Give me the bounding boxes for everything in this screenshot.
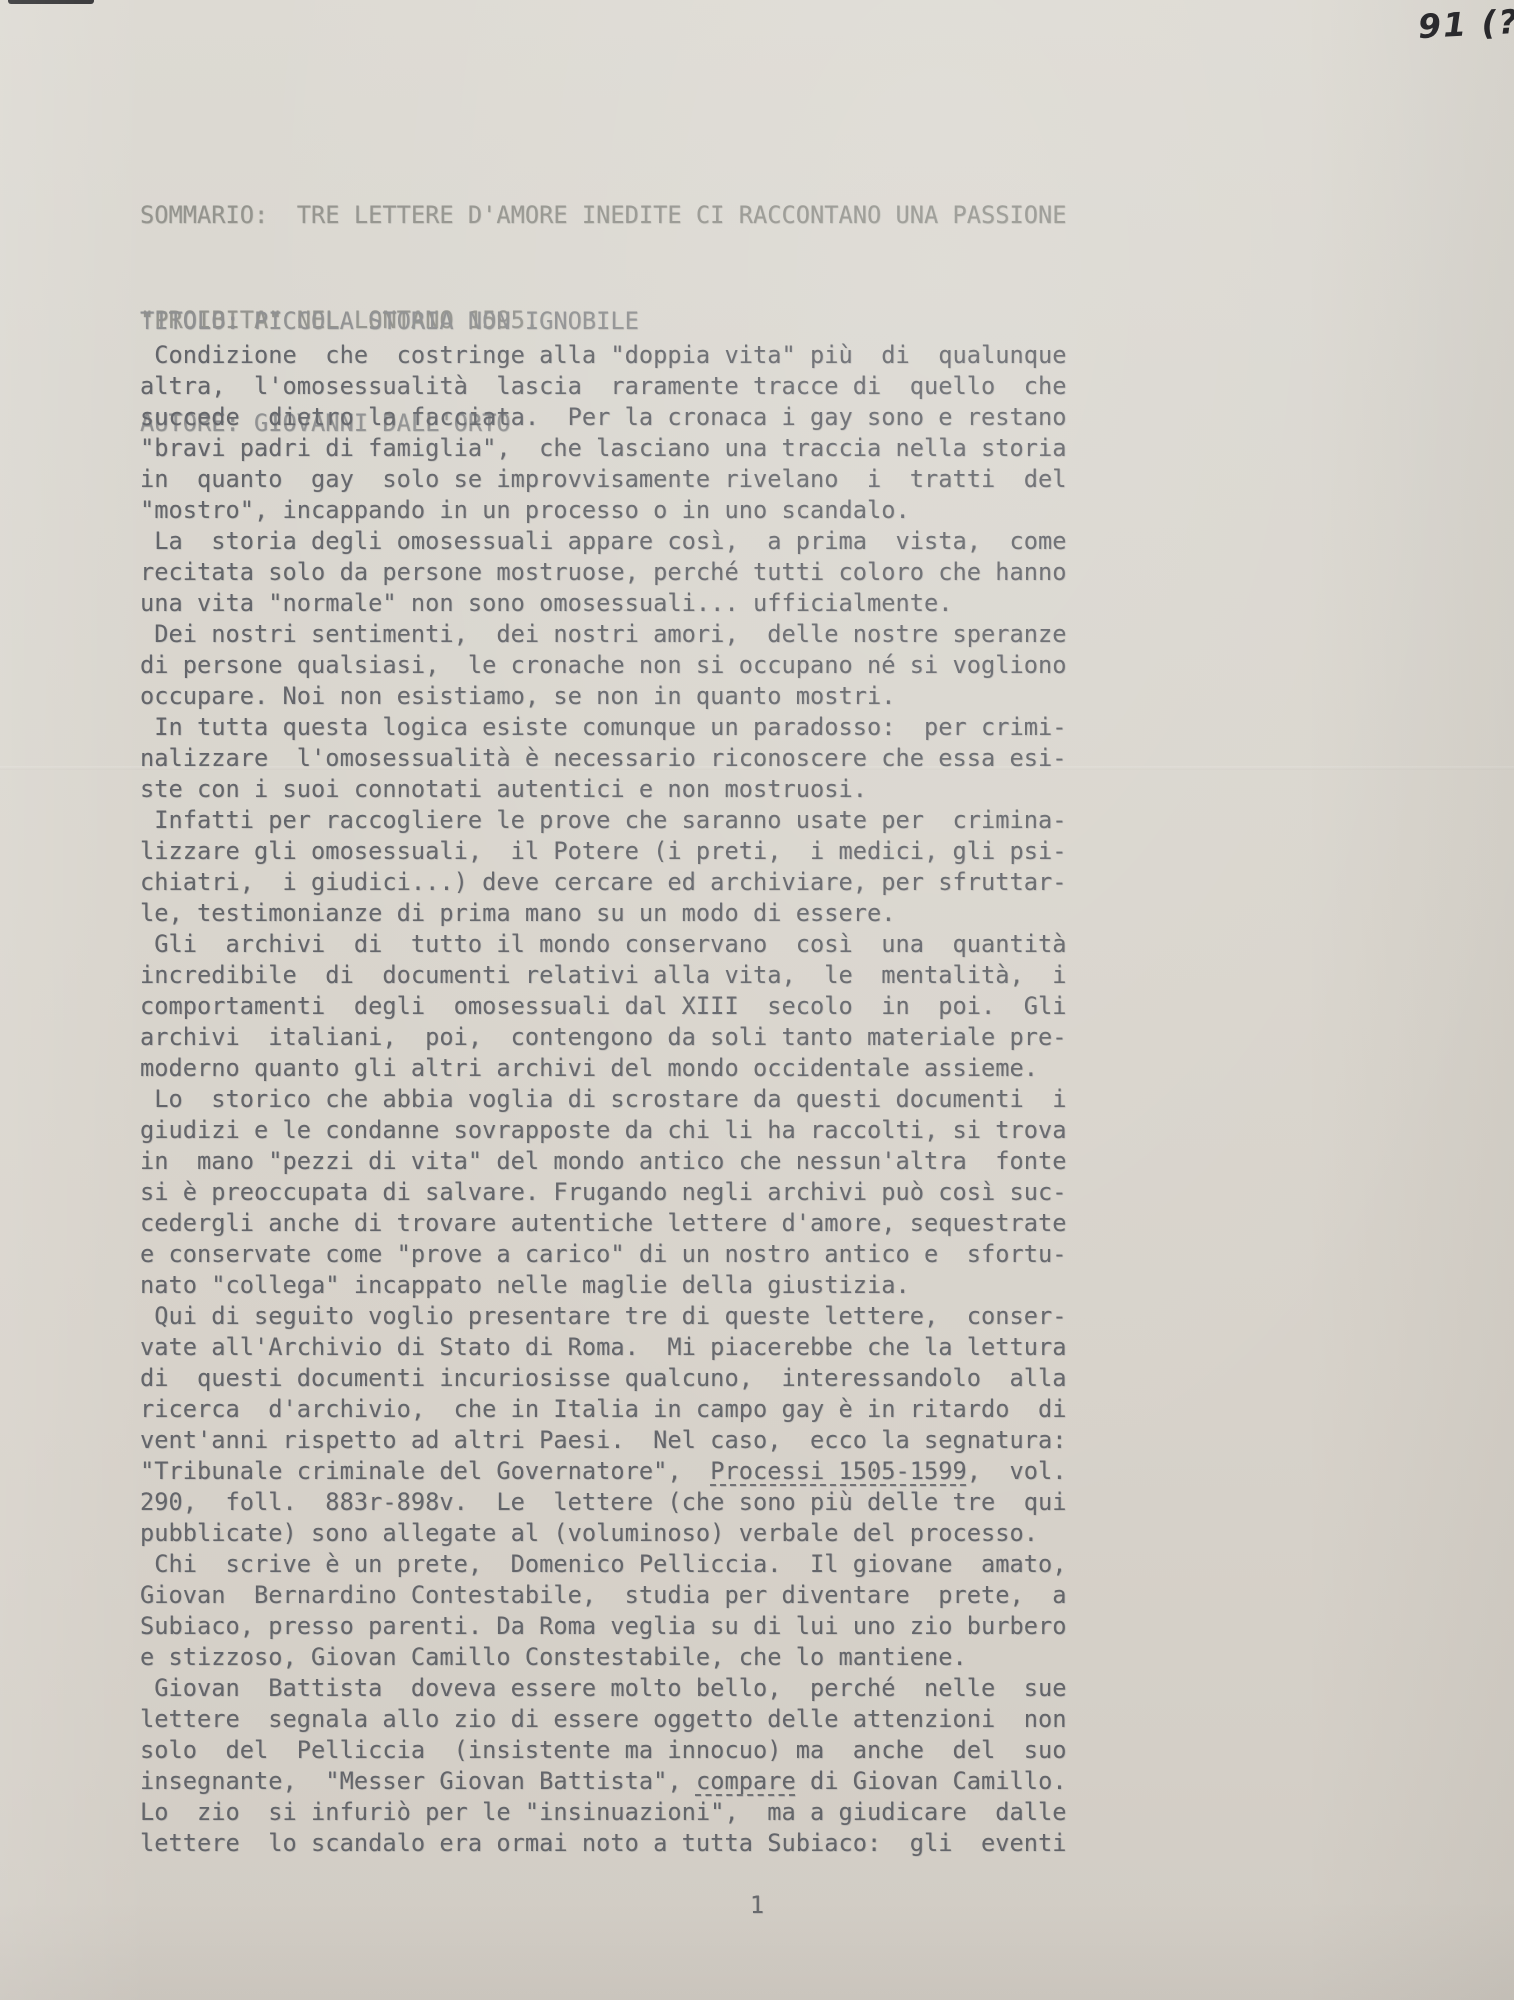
body-line: Chi scrive è un prete, Domenico Pellicci…	[140, 1549, 1067, 1580]
body-line: recitata solo da persone mostruose, perc…	[140, 557, 1067, 588]
body-text-segment: insegnante, "Messer Giovan Battista",	[140, 1767, 696, 1795]
body-line: archivi italiani, poi, contengono da sol…	[140, 1022, 1067, 1053]
body-line: Lo zio si infuriò per le "insinuazioni",…	[140, 1797, 1067, 1828]
body-line: occupare. Noi non esistiamo, se non in q…	[140, 681, 1067, 712]
body-line: di questi documenti incuriosisse qualcun…	[140, 1363, 1067, 1394]
body-line: Giovan Bernardino Contestabile, studia p…	[140, 1580, 1067, 1611]
body-line: si è preoccupata di salvare. Frugando ne…	[140, 1177, 1067, 1208]
body-line: Infatti per raccogliere le prove che sar…	[140, 805, 1067, 836]
article-body: Condizione che costringe alla "doppia vi…	[140, 340, 1067, 1859]
body-line: Qui di seguito voglio presentare tre di …	[140, 1301, 1067, 1332]
body-line: nalizzare l'omosessualità è necessario r…	[140, 743, 1067, 774]
body-line: di persone qualsiasi, le cronache non si…	[140, 650, 1067, 681]
underlined-citation: compare	[696, 1767, 796, 1795]
body-line: Dei nostri sentimenti, dei nostri amori,…	[140, 619, 1067, 650]
body-line: ricerca d'archivio, che in Italia in cam…	[140, 1394, 1067, 1425]
body-text-segment: "Tribunale criminale del Governatore",	[140, 1457, 710, 1485]
body-line: e stizzoso, Giovan Camillo Constestabile…	[140, 1642, 1067, 1673]
body-line: In tutta questa logica esiste comunque u…	[140, 712, 1067, 743]
summary-line: SOMMARIO: TRE LETTERE D'AMORE INEDITE CI…	[140, 198, 1067, 233]
body-line: Subiaco, presso parenti. Da Roma veglia …	[140, 1611, 1067, 1642]
body-line: solo del Pelliccia (insistente ma innocu…	[140, 1735, 1067, 1766]
title-line: TITOLO: PICCOLA STORIA NON IGNOBILE	[140, 304, 639, 338]
body-line: Lo storico che abbia voglia di scrostare…	[140, 1084, 1067, 1115]
body-line: ste con i suoi connotati autentici e non…	[140, 774, 1067, 805]
body-line: chiatri, i giudici...) deve cercare ed a…	[140, 867, 1067, 898]
body-line: moderno quanto gli altri archivi del mon…	[140, 1053, 1067, 1084]
body-line: le, testimonianze di prima mano su un mo…	[140, 898, 1067, 929]
body-line: "mostro", incappando in un processo o in…	[140, 495, 1067, 526]
body-line: "Tribunale criminale del Governatore", P…	[140, 1456, 1067, 1487]
body-line: vate all'Archivio di Stato di Roma. Mi p…	[140, 1332, 1067, 1363]
body-line: in quanto gay solo se improvvisamente ri…	[140, 464, 1067, 495]
body-line: Gli archivi di tutto il mondo conservano…	[140, 929, 1067, 960]
body-line: insegnante, "Messer Giovan Battista", co…	[140, 1766, 1067, 1797]
page-number: 1	[0, 1890, 1514, 1921]
scanned-document-page: 91 (?) SOMMARIO: TRE LETTERE D'AMORE INE…	[0, 0, 1514, 2000]
body-line: Condizione che costringe alla "doppia vi…	[140, 340, 1067, 371]
body-line: lizzare gli omosessuali, il Potere (i pr…	[140, 836, 1067, 867]
body-line: "bravi padri di famiglia", che lasciano …	[140, 433, 1067, 464]
body-line: cedergli anche di trovare autentiche let…	[140, 1208, 1067, 1239]
body-line: incredibile di documenti relativi alla v…	[140, 960, 1067, 991]
body-text-segment: , vol.	[967, 1457, 1067, 1485]
body-line: pubblicate) sono allegate al (voluminoso…	[140, 1518, 1067, 1549]
body-line: giudizi e le condanne sovrapposte da chi…	[140, 1115, 1067, 1146]
body-line: succede dietro la facciata. Per la crona…	[140, 402, 1067, 433]
body-line: lettere segnala allo zio di essere ogget…	[140, 1704, 1067, 1735]
body-line: 290, foll. 883r-898v. Le lettere (che so…	[140, 1487, 1067, 1518]
body-line: La storia degli omosessuali appare così,…	[140, 526, 1067, 557]
body-line: Giovan Battista doveva essere molto bell…	[140, 1673, 1067, 1704]
body-line: nato "collega" incappato nelle maglie de…	[140, 1270, 1067, 1301]
body-line: comportamenti degli omosessuali dal XIII…	[140, 991, 1067, 1022]
scan-edge-artifact	[8, 0, 94, 4]
body-line: e conservate come "prove a carico" di un…	[140, 1239, 1067, 1270]
underlined-citation: Processi 1505-1599	[710, 1457, 967, 1485]
body-line: lettere lo scandalo era ormai noto a tut…	[140, 1828, 1067, 1859]
handwritten-page-annotation: 91 (?)	[1417, 1, 1514, 46]
body-line: vent'anni rispetto ad altri Paesi. Nel c…	[140, 1425, 1067, 1456]
body-line: in mano "pezzi di vita" del mondo antico…	[140, 1146, 1067, 1177]
body-text-segment: di Giovan Camillo.	[796, 1767, 1067, 1795]
body-line: una vita "normale" non sono omosessuali.…	[140, 588, 1067, 619]
body-line: altra, l'omosessualità lascia raramente …	[140, 371, 1067, 402]
